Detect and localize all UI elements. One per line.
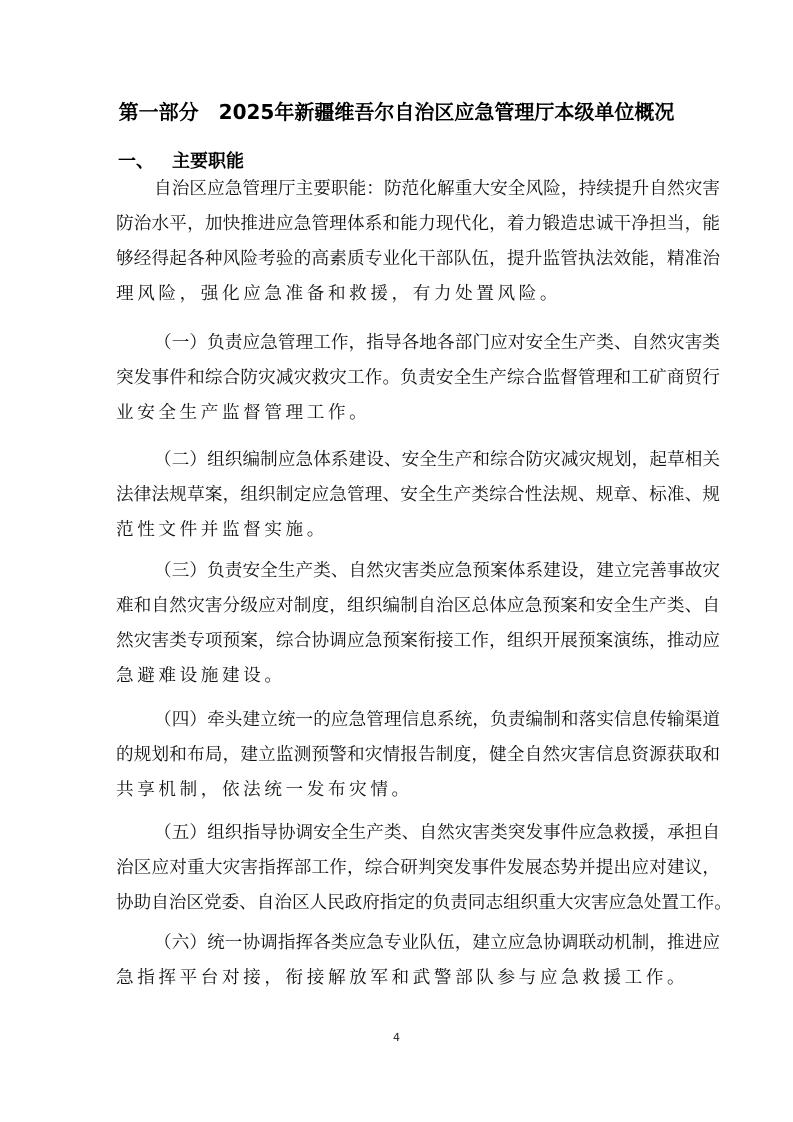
paragraph-line: 的规划和布局，建立监测预警和灾情报告制度，健全自然灾害信息资源获取和 <box>116 743 720 767</box>
paragraph-line: 急避难设施建设。 <box>116 664 286 688</box>
paragraph-line: （六）统一协调指挥各类应急专业队伍，建立应急协调联动机制，推进应 <box>154 931 720 955</box>
paragraph-line: 共享机制，依法统一发布灾情。 <box>116 778 413 802</box>
paragraph-line: 理风险，强化应急准备和救援，有力处置风险。 <box>116 282 561 306</box>
section-heading: 一、主要职能 <box>118 147 244 173</box>
paragraph-line: 自治区应急管理厅主要职能：防范化解重大安全风险，持续提升自然灾害 <box>154 177 720 201</box>
section-number: 一、 <box>118 151 154 172</box>
section-heading-text: 主要职能 <box>172 151 244 172</box>
paragraph-line: （四）牵头建立统一的应急管理信息系统，负责编制和落实信息传输渠道 <box>154 708 720 732</box>
paragraph-line: （二）组织编制应急体系建设、安全生产和综合防灾减灾规划，起草相关 <box>154 448 720 472</box>
paragraph-line: （五）组织指导协调安全生产类、自然灾害类突发事件应急救援，承担自 <box>154 821 720 845</box>
page-title: 第一部分 2025年新疆维吾尔自治区应急管理厅本级单位概况 <box>0 96 793 125</box>
paragraph-line: 难和自然灾害分级应对制度，组织编制自治区总体应急预案和安全生产类、自 <box>116 594 720 618</box>
paragraph-line: 业安全生产监督管理工作。 <box>116 401 370 425</box>
paragraph-line: 突发事件和综合防灾减灾救灾工作。负责安全生产综合监督管理和工矿商贸行 <box>116 366 720 390</box>
page-number: 4 <box>0 1031 793 1044</box>
paragraph-line: 够经得起各种风险考验的高素质专业化干部队伍，提升监管执法效能，精准治 <box>116 247 720 271</box>
paragraph-line: 急指挥平台对接，衔接解放军和武警部队参与应急救援工作。 <box>116 966 688 990</box>
paragraph-line: 防治水平，加快推进应急管理体系和能力现代化，着力锻造忠诚干净担当，能 <box>116 212 720 236</box>
paragraph-line: 法律法规草案，组织制定应急管理、安全生产类综合性法规、规章、标准、规 <box>116 483 720 507</box>
paragraph-line: （一）负责应急管理工作，指导各地各部门应对安全生产类、自然灾害类 <box>154 331 720 355</box>
paragraph-line: 治区应对重大灾害指挥部工作，综合研判突发事件发展态势并提出应对建议， <box>116 856 720 880</box>
paragraph-line: 协助自治区党委、自治区人民政府指定的负责同志组织重大灾害应急处置工作。 <box>116 891 720 915</box>
paragraph-line: 范性文件并监督实施。 <box>116 518 328 542</box>
paragraph-line: （三）负责安全生产类、自然灾害类应急预案体系建设，建立完善事故灾 <box>154 559 720 583</box>
paragraph-line: 然灾害类专项预案，综合协调应急预案衔接工作，组织开展预案演练，推动应 <box>116 629 720 653</box>
